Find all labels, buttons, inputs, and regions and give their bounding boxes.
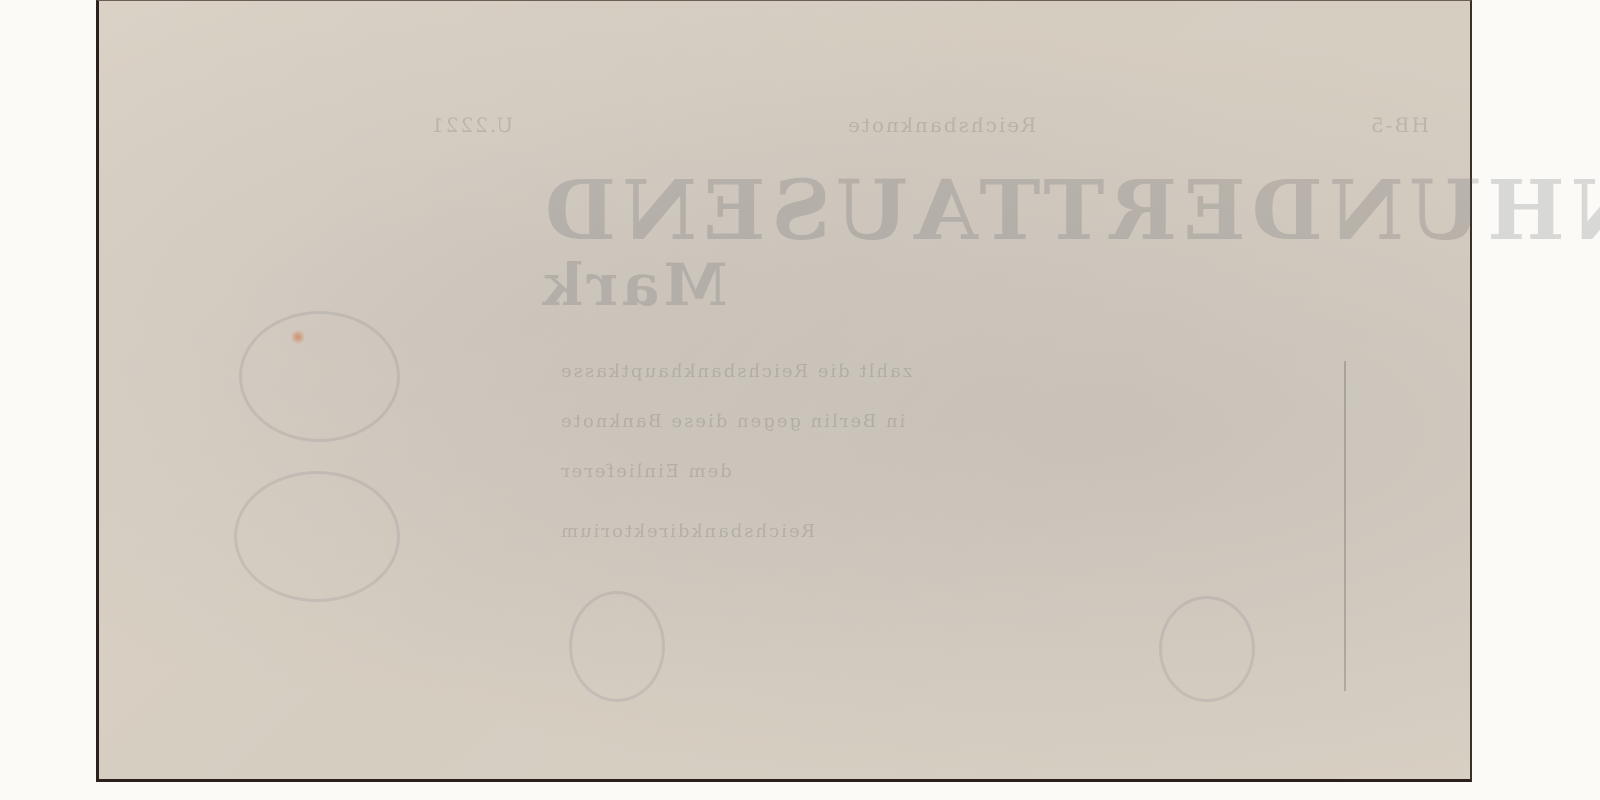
- seal-icon: [234, 471, 400, 602]
- mirrored-serial-number: U.2221: [429, 113, 513, 137]
- signature-seal-icon: [569, 591, 665, 702]
- banknote-reverse: HB-5 Reichsbanknote U.2221 EINHUNDERTTAU…: [96, 0, 1472, 782]
- signature-seal-icon: [1159, 596, 1255, 702]
- border-line: [1344, 361, 1346, 691]
- mirrored-body-line: Reichsbankdirektorium: [559, 521, 815, 542]
- mirrored-series-mark: HB-5: [1369, 113, 1429, 137]
- mirrored-denomination-title: EINHUNDERTTAUSEND: [539, 163, 1600, 259]
- rust-stain: [291, 329, 305, 345]
- seal-icon: [239, 311, 400, 442]
- mirrored-denomination-subtitle: Mark: [539, 251, 728, 319]
- mirrored-body-line: dem Einlieferer: [559, 461, 732, 482]
- mirrored-header-line: HB-5 Reichsbanknote U.2221: [429, 113, 1429, 137]
- mirrored-body-line: in Berlin gegen diese Banknote: [559, 411, 905, 432]
- mirrored-body-line: zahlt die Reichsbankhauptkasse: [559, 361, 912, 382]
- mirrored-header-text: Reichsbanknote: [846, 113, 1036, 137]
